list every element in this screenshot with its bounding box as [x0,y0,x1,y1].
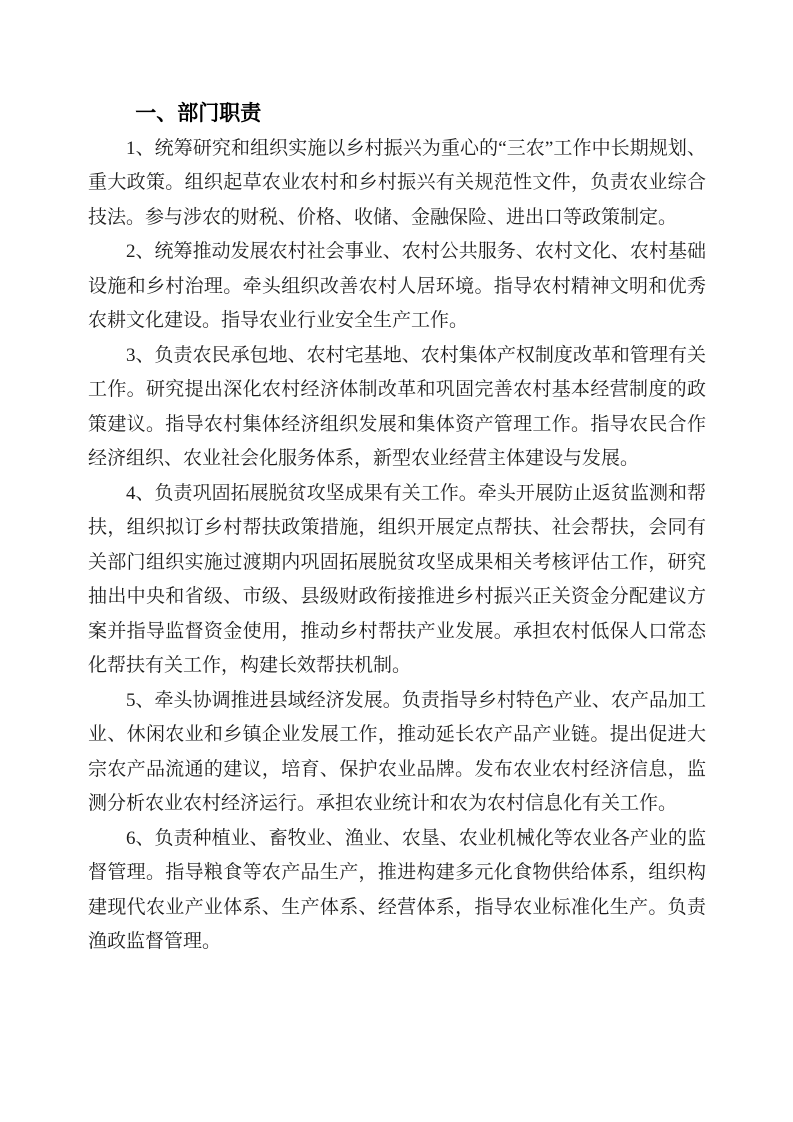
paragraph: 5、牵头协调推进县域经济发展。负责指导乡村特色产业、农产品加工业、休闲农业和乡镇… [88,684,706,822]
paragraph: 1、统筹研究和组织实施以乡村振兴为重心的“三农”工作中长期规划、重大政策。组织起… [88,132,706,236]
document-content: 一、部门职责 1、统筹研究和组织实施以乡村振兴为重心的“三农”工作中长期规划、重… [88,97,706,960]
paragraph: 2、统筹推动发展农村社会事业、农村公共服务、农村文化、农村基础设施和乡村治理。牵… [88,235,706,339]
paragraph: 6、负责种植业、畜牧业、渔业、农垦、农业机械化等农业各产业的监督管理。指导粮食等… [88,822,706,960]
document-page: 一、部门职责 1、统筹研究和组织实施以乡村振兴为重心的“三农”工作中长期规划、重… [0,0,793,1122]
paragraph-list: 1、统筹研究和组织实施以乡村振兴为重心的“三农”工作中长期规划、重大政策。组织起… [88,132,706,960]
section-heading: 一、部门职责 [88,97,706,132]
paragraph: 4、负责巩固拓展脱贫攻坚成果有关工作。牵头开展防止返贫监测和帮扶，组织拟订乡村帮… [88,477,706,684]
paragraph: 3、负责农民承包地、农村宅基地、农村集体产权制度改革和管理有关工作。研究提出深化… [88,339,706,477]
